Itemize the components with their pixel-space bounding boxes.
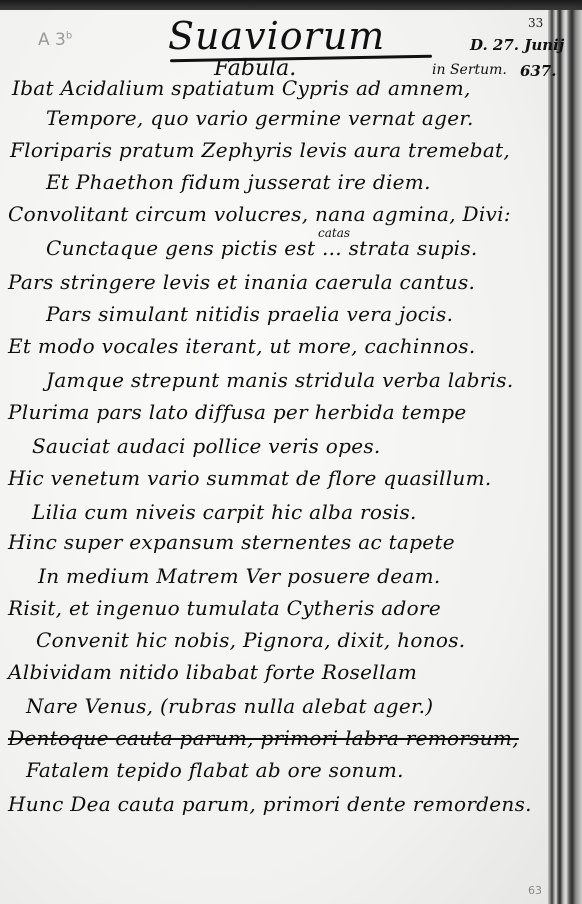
poem-line: Nare Venus, (rubras nulla alebat ager.) <box>26 694 433 718</box>
poem-line: Pars stringere levis et inania caerula c… <box>8 270 475 294</box>
poem-line: In medium Matrem Ver posuere deam. <box>38 564 441 588</box>
poem-line: Cunctaque gens pictis est ... strata sup… <box>46 236 478 260</box>
folio-number: 33 <box>528 16 543 30</box>
book-spine-binding <box>548 10 582 904</box>
year-note: 637. <box>520 62 557 80</box>
archive-mark-text: A 3 <box>38 30 66 50</box>
page-number: 63 <box>528 884 542 897</box>
date-note: D. 27. Junij <box>470 36 564 54</box>
poem-line: Hinc super expansum sternentes ac tapete <box>8 530 455 554</box>
poem-title: Suaviorum <box>168 14 385 58</box>
poem-line: Ibat Acidalium spatiatum Cypris ad amnem… <box>12 76 471 100</box>
poem-line: Hunc Dea cauta parum, primori dente remo… <box>8 792 532 816</box>
poem-line: Albividam nitido libabat forte Rosellam <box>8 660 417 684</box>
poem-line: Et Phaethon fidum jusserat ire diem. <box>46 170 431 194</box>
poem-line: Fatalem tepido flabat ab ore sonum. <box>26 758 404 782</box>
interlinear-insertion: catas <box>318 226 350 240</box>
poem-line: Floriparis pratum Zephyris levis aura tr… <box>10 138 510 162</box>
archive-shelfmark: A 3b <box>38 30 72 50</box>
poem-line: Convolitant circum volucres, nana agmina… <box>8 202 511 226</box>
poem-line: Sauciat audaci pollice veris opes. <box>32 434 381 458</box>
poem-line: Hic venetum vario summat de flore quasil… <box>8 466 492 490</box>
poem-line: Pars simulant nitidis praelia vera jocis… <box>46 302 453 326</box>
poem-line: Jamque strepunt manis stridula verba lab… <box>46 368 514 392</box>
poem-line: Convenit hic nobis, Pignora, dixit, hono… <box>36 628 465 652</box>
poem-line: Risit, et ingenuo tumulata Cytheris ador… <box>8 596 441 620</box>
poem-line: Tempore, quo vario germine vernat ager. <box>46 106 474 130</box>
poem-line: Lilia cum niveis carpit hic alba rosis. <box>32 500 417 524</box>
book-top-edge <box>0 0 582 10</box>
archive-mark-sup: b <box>66 30 72 41</box>
poem-line: Et modo vocales iterant, ut more, cachin… <box>8 334 476 358</box>
poem-line: Plurima pars lato diffusa per herbida te… <box>8 400 467 424</box>
poem-line: Dentoque cauta parum, primori labra remo… <box>8 726 519 750</box>
